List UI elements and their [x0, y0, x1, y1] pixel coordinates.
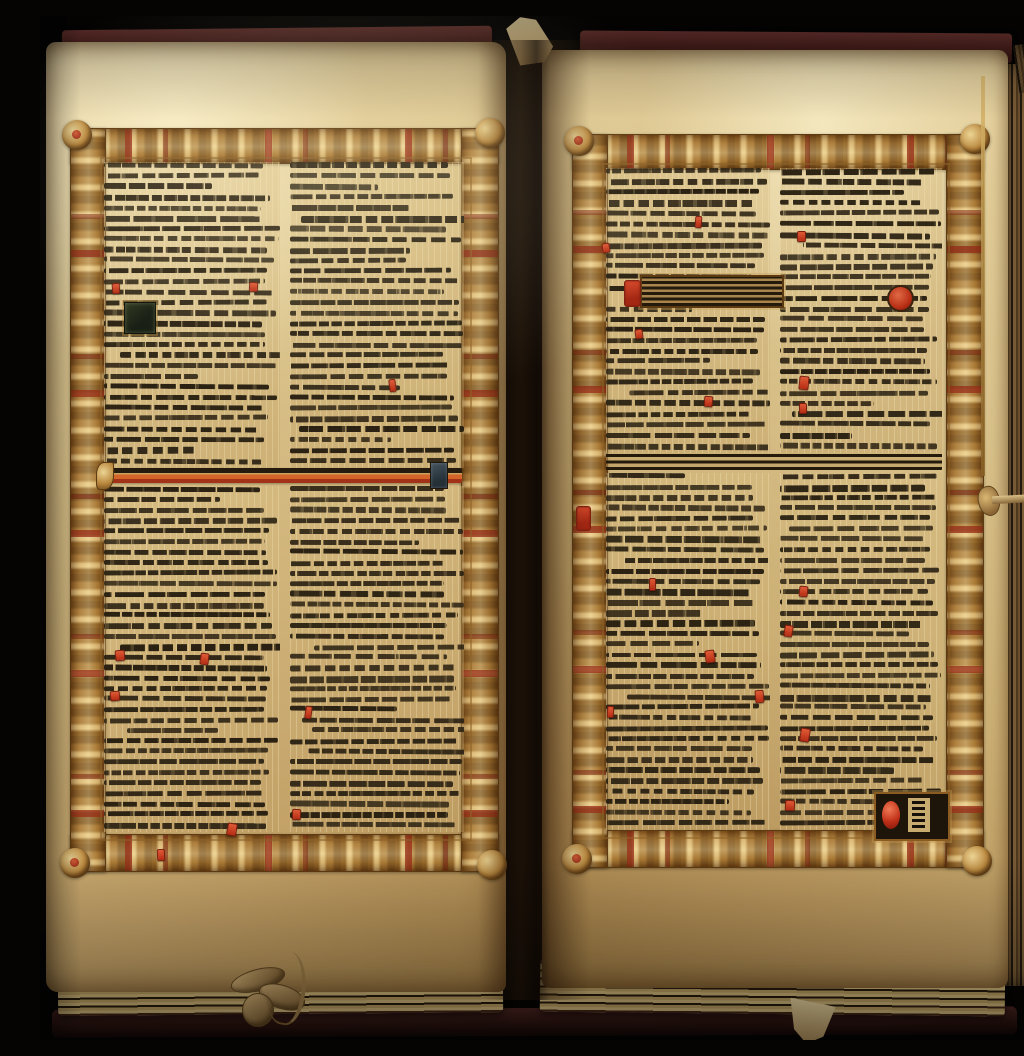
manuscript-text-line [606, 674, 754, 679]
manuscript-text-line [606, 735, 769, 741]
manuscript-text-line [127, 728, 218, 733]
right-ruled-box [640, 275, 784, 308]
manuscript-text-line [780, 190, 904, 196]
manuscript-text-line [312, 727, 464, 732]
manuscript-text-line [629, 389, 770, 395]
clasp-strap [978, 484, 1024, 524]
manuscript-text-line [606, 726, 768, 732]
manuscript-text-line [606, 337, 757, 342]
gilt-edge-ribbon [981, 76, 985, 476]
manuscript-text-line [290, 194, 453, 200]
manuscript-text-line [290, 507, 446, 514]
rubrication-mark [704, 396, 714, 408]
manuscript-text-line [780, 210, 939, 216]
manuscript-text-line [780, 199, 924, 205]
manuscript-text-line [792, 411, 942, 417]
left-divider-endblock [430, 462, 448, 489]
manuscript-text-line [104, 591, 265, 597]
manuscript-text-line [104, 623, 272, 629]
rubrication-mark [797, 231, 807, 243]
manuscript-text-line [104, 458, 262, 464]
manuscript-text-line [104, 654, 264, 660]
manuscript-text-line [104, 487, 260, 492]
manuscript-text-line [780, 421, 930, 427]
manuscript-text-line [104, 436, 264, 441]
manuscript-text-line [606, 588, 751, 595]
manuscript-text-line [290, 548, 463, 554]
manuscript-text-line [606, 684, 769, 690]
manuscript-text-line [606, 253, 764, 258]
manuscript-text-line [290, 395, 454, 401]
manuscript-text-line [104, 194, 270, 200]
manuscript-text-line [780, 546, 930, 552]
manuscript-text-line [104, 769, 269, 775]
manuscript-text-line [290, 310, 458, 316]
manuscript-text-line [104, 759, 264, 765]
manuscript-text-line [104, 570, 277, 576]
manuscript-text-line [780, 642, 929, 647]
manuscript-text-line [780, 327, 924, 332]
manuscript-text-line [780, 484, 925, 491]
manuscript-text-line [606, 568, 764, 573]
manuscript-text-line [104, 215, 261, 221]
manuscript-photo: Open illuminated medieval manuscript cod… [40, 16, 1024, 1040]
manuscript-text-line [290, 225, 446, 232]
manuscript-text-line [290, 384, 400, 389]
manuscript-text-line [290, 205, 409, 211]
manuscript-text-line [606, 653, 757, 658]
left-page-illuminated-border-top [70, 128, 499, 164]
manuscript-text-line [308, 748, 464, 754]
manuscript-text-line [290, 404, 452, 410]
rubrication-mark [199, 652, 209, 665]
manuscript-text-line [104, 822, 266, 828]
right-border-corner-flourish [564, 126, 594, 156]
manuscript-text-line [606, 484, 752, 489]
manuscript-text-line [627, 694, 770, 700]
manuscript-text-line [780, 348, 927, 353]
manuscript-text-line [606, 358, 710, 364]
manuscript-text-line [104, 685, 267, 690]
rubrication-mark [798, 376, 809, 391]
manuscript-text-line [606, 263, 755, 269]
manuscript-text-line [104, 676, 270, 682]
manuscript-text-line [290, 184, 378, 190]
manuscript-text-line [104, 602, 264, 608]
manuscript-text-line [606, 221, 770, 227]
manuscript-text-line [780, 178, 924, 184]
manuscript-text-line [606, 799, 729, 804]
manuscript-text-line [803, 243, 942, 249]
manuscript-text-line [606, 546, 764, 552]
manuscript-text-line [104, 279, 265, 285]
rubrication-mark [112, 283, 121, 295]
manuscript-text-line [290, 289, 444, 294]
manuscript-text-line [104, 415, 268, 421]
manuscript-text-line [290, 812, 448, 818]
rubrication-mark [799, 403, 807, 414]
text-block-right-col2-bottom [780, 473, 942, 830]
manuscript-text-line [780, 473, 937, 479]
rubrication-mark [754, 690, 765, 704]
manuscript-text-line [780, 169, 935, 176]
manuscript-text-line [606, 168, 761, 174]
manuscript-text-line [780, 631, 909, 637]
manuscript-text-line [606, 473, 685, 479]
manuscript-text-line [780, 401, 874, 406]
manuscript-text-line [780, 495, 936, 501]
manuscript-text-line [780, 746, 923, 752]
manuscript-text-line [314, 644, 464, 650]
manuscript-text-line [290, 612, 458, 618]
manuscript-text-line [104, 811, 268, 816]
manuscript-text-line [290, 769, 460, 775]
manuscript-text-line [780, 442, 937, 448]
text-block-right-col1-top [606, 168, 770, 453]
manuscript-text-line [104, 695, 266, 701]
manuscript-text-line [780, 263, 933, 270]
manuscript-text-line [104, 247, 267, 254]
manuscript-text-line [104, 518, 277, 524]
manuscript-text-line [104, 205, 261, 210]
rubrication-mark [157, 849, 165, 861]
manuscript-text-line [606, 200, 753, 207]
manuscript-text-line [104, 780, 261, 785]
rubrication-mark [249, 282, 259, 293]
left-section-divider [104, 468, 462, 483]
manuscript-text-line [290, 448, 454, 454]
manuscript-text-line [780, 579, 935, 584]
manuscript-text-line [290, 623, 447, 629]
manuscript-text-line [104, 236, 279, 241]
manuscript-text-line [606, 317, 765, 322]
manuscript-text-line [780, 695, 934, 702]
manuscript-text-line [104, 268, 267, 273]
manuscript-text-line [104, 580, 277, 586]
manuscript-text-line [290, 822, 455, 827]
manuscript-text-line [606, 579, 760, 585]
manuscript-text-line [606, 495, 753, 501]
manuscript-text-line [290, 781, 453, 787]
manuscript-text-line [780, 253, 936, 259]
right-border-corner-flourish [962, 846, 992, 876]
manuscript-text-line [606, 810, 751, 816]
manuscript-text-line [290, 675, 454, 683]
right-mid-red-initial [576, 506, 591, 531]
right-bottom-initial-red-blob [882, 801, 900, 829]
manuscript-text-line [606, 631, 759, 636]
right-section-band [606, 453, 942, 470]
manuscript-text-line [290, 581, 444, 587]
manuscript-text-line [606, 820, 766, 826]
manuscript-text-line [290, 518, 460, 523]
manuscript-text-line [120, 644, 280, 651]
left-inhabited-initial [124, 302, 156, 334]
manuscript-text-line [104, 426, 260, 432]
manuscript-text-line [290, 801, 449, 808]
manuscript-text-line [290, 686, 456, 691]
rubrication-mark [785, 800, 795, 812]
right-red-roundel [887, 285, 914, 312]
manuscript-text-line [606, 231, 768, 238]
manuscript-text-line [299, 426, 464, 432]
text-block-left-col2-bottom [290, 486, 464, 832]
manuscript-text-line [780, 757, 934, 763]
manuscript-text-line [780, 767, 894, 774]
manuscript-text-line [780, 390, 928, 396]
manuscript-text-line [606, 746, 752, 751]
manuscript-text-line [780, 777, 925, 783]
manuscript-text-line [789, 526, 933, 532]
manuscript-text-line [780, 715, 933, 721]
manuscript-text-line [290, 759, 462, 764]
manuscript-text-line [606, 610, 703, 617]
manuscript-text-line [606, 525, 767, 531]
manuscript-text-line [606, 515, 753, 521]
manuscript-text-line [104, 395, 277, 400]
manuscript-text-line [606, 242, 762, 248]
manuscript-text-line [104, 342, 265, 347]
manuscript-text-line [104, 539, 265, 545]
manuscript-text-line [290, 342, 462, 348]
left-divider-hook [96, 462, 114, 490]
manuscript-text-line [780, 536, 924, 541]
manuscript-text-line [606, 757, 753, 763]
manuscript-text-line [606, 767, 760, 773]
manuscript-text-line [104, 172, 259, 178]
manuscript-text-line [290, 664, 458, 671]
manuscript-text-line [104, 717, 278, 723]
left-border-corner-flourish [62, 120, 92, 150]
manuscript-text-line [104, 362, 276, 368]
manuscript-text-line [606, 662, 761, 668]
manuscript-text-line [104, 748, 268, 754]
rubrication-mark [634, 328, 643, 339]
rubrication-mark [649, 578, 657, 591]
manuscript-text-line [290, 416, 458, 423]
manuscript-text-line [104, 497, 220, 502]
manuscript-text-line [104, 560, 268, 565]
rubrication-mark [110, 691, 120, 702]
manuscript-text-line [780, 433, 852, 439]
manuscript-text-line [606, 326, 764, 331]
manuscript-text-line [780, 221, 941, 226]
manuscript-text-line [104, 550, 266, 556]
manuscript-text-line [780, 558, 925, 563]
manuscript-text-line [290, 539, 419, 544]
manuscript-text-line [290, 173, 450, 178]
manuscript-text-line [290, 258, 406, 264]
illumination-overlay [40, 16, 1024, 1040]
manuscript-text-line [606, 400, 770, 406]
left-border-corner-flourish [475, 118, 505, 148]
manuscript-text-line [780, 599, 933, 605]
left-page-illuminated-border-right [461, 128, 499, 872]
manuscript-text-line [104, 791, 264, 797]
rubrication-mark [607, 706, 615, 718]
manuscript-text-line [606, 422, 766, 428]
manuscript-text-line [606, 179, 767, 185]
manuscript-text-line [104, 802, 265, 808]
manuscript-text-line [290, 634, 444, 640]
manuscript-text-line [104, 612, 270, 618]
manuscript-text-line [606, 536, 762, 543]
left-border-corner-flourish [477, 850, 507, 880]
manuscript-text-line [290, 278, 461, 284]
manuscript-text-line [780, 337, 937, 343]
rubrication-mark [115, 650, 125, 662]
right-border-corner-flourish [960, 124, 990, 154]
manuscript-text-line [780, 673, 941, 679]
right-bottom-initial-glyph-cell [908, 798, 930, 832]
manuscript-text-line [780, 358, 925, 364]
manuscript-text-line [624, 558, 770, 563]
manuscript-text-line [290, 162, 448, 168]
manuscript-text-line [290, 247, 410, 253]
text-block-right-col1-bottom [606, 473, 770, 830]
manuscript-text-line [290, 237, 461, 243]
manuscript-text-line [104, 256, 274, 262]
manuscript-text-line [120, 352, 280, 358]
manuscript-text-line [290, 528, 463, 533]
manuscript-text-line [290, 436, 391, 441]
manuscript-text-line [780, 704, 926, 710]
manuscript-text-line [104, 707, 264, 712]
manuscript-text-line [780, 683, 930, 689]
manuscript-text-line [606, 189, 759, 194]
manuscript-text-line [290, 590, 444, 597]
right-border-corner-flourish [562, 844, 592, 874]
manuscript-text-line [104, 528, 269, 533]
rubrication-mark [704, 649, 715, 663]
manuscript-text-line [104, 404, 265, 410]
manuscript-text-line [104, 634, 276, 639]
manuscript-text-line [780, 316, 923, 321]
right-bottom-initial [874, 792, 950, 841]
binding-cord-knot [230, 951, 340, 1026]
manuscript-text-line [290, 601, 464, 607]
manuscript-text-line [104, 738, 278, 743]
manuscript-text-line [606, 778, 763, 784]
rubrication-mark [292, 809, 302, 820]
manuscript-text-line [606, 641, 699, 647]
manuscript-text-line [606, 411, 751, 417]
rubrication-mark [601, 243, 610, 254]
manuscript-text-line [606, 432, 750, 438]
manuscript-text-line [606, 704, 759, 710]
manuscript-text-line [104, 664, 267, 671]
manuscript-text-line [104, 183, 212, 189]
manuscript-text-line [104, 162, 263, 168]
manuscript-text-line [606, 600, 755, 605]
left-border-corner-flourish [60, 848, 90, 878]
manuscript-text-line [290, 738, 459, 744]
manuscript-text-line [290, 496, 445, 502]
manuscript-text-line [606, 620, 755, 627]
manuscript-text-line [104, 384, 269, 390]
manuscript-text-line [290, 363, 449, 369]
manuscript-text-line [104, 507, 264, 512]
left-page-illuminated-border-bottom [70, 834, 499, 872]
manuscript-text-line [606, 789, 754, 795]
manuscript-text-line [780, 652, 934, 659]
manuscript-text-line [606, 368, 760, 375]
manuscript-text-line [606, 379, 753, 385]
manuscript-text-line [290, 300, 459, 305]
manuscript-text-line [606, 443, 769, 449]
manuscript-text-line [290, 791, 461, 796]
manuscript-text-line [290, 654, 447, 660]
manuscript-text-line [290, 373, 447, 379]
manuscript-text-line [104, 374, 198, 379]
manuscript-text-line [606, 504, 765, 511]
left-page-illuminated-border-left [70, 128, 106, 872]
manuscript-text-line [780, 505, 936, 510]
right-box-initial [624, 280, 641, 307]
manuscript-text-line [780, 273, 931, 278]
manuscript-text-line [606, 349, 758, 354]
manuscript-text-line [780, 568, 939, 574]
manuscript-text-line [606, 210, 756, 216]
manuscript-text-line [104, 447, 195, 454]
text-block-left-col1-bottom [104, 486, 280, 832]
manuscript-text-line [290, 352, 443, 357]
manuscript-text-line [780, 662, 938, 667]
manuscript-text-line [606, 714, 752, 720]
manuscript-text-line [290, 571, 464, 576]
manuscript-text-line [290, 268, 451, 274]
right-page-illuminated-border-top [572, 134, 984, 170]
manuscript-text-line [780, 621, 923, 628]
manuscript-text-line [104, 225, 280, 231]
manuscript-text-line [290, 320, 462, 326]
rubrication-mark [695, 216, 703, 229]
text-block-left-col2-top [290, 162, 464, 468]
manuscript-text-line [302, 717, 464, 723]
manuscript-text-line [780, 369, 930, 374]
rubrication-mark [798, 586, 808, 598]
manuscript-text-line [290, 331, 463, 336]
manuscript-text-line [780, 611, 938, 616]
manuscript-text-line [301, 216, 464, 223]
manuscript-text-line [780, 515, 930, 520]
manuscript-text-line [290, 486, 444, 491]
manuscript-text-line [290, 696, 451, 703]
manuscript-text-line [290, 560, 445, 566]
